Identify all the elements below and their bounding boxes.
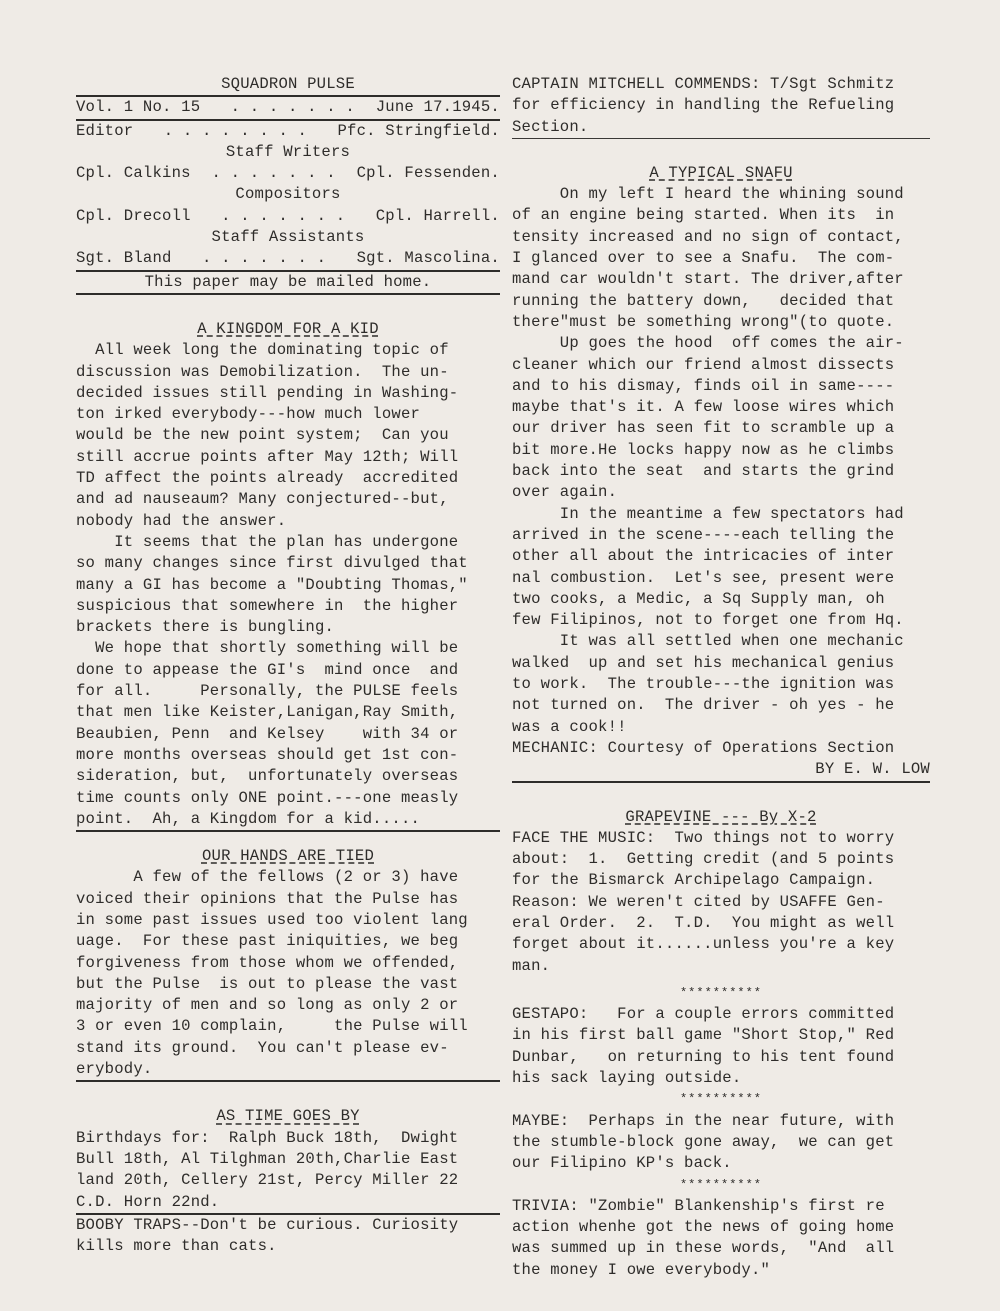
masthead: SQUADRON PULSE Vol. 1 No. 15 . . . . . .…	[76, 74, 500, 295]
staff-assistants-row: Sgt. Bland . . . . . . . Sgt. Mascolina.	[76, 248, 500, 269]
text-line: BOOBY TRAPS--Don't be curious. Curiosity	[76, 1215, 500, 1236]
leader-dots: . . . . . . .	[202, 163, 345, 184]
spacer	[76, 295, 500, 319]
text-line: the stumble-block gone away, we can get	[512, 1132, 930, 1153]
star-separator: **********	[512, 983, 930, 1004]
text-line: man.	[512, 956, 930, 977]
staff-writer: Cpl. Calkins	[76, 163, 191, 184]
volume-number: Vol. 1 No. 15	[76, 97, 200, 118]
text-line: in some past issues used too violent lan…	[76, 910, 500, 931]
compositors-row: Cpl. Drecoll . . . . . . . Cpl. Harrell.	[76, 206, 500, 227]
text-line: forget about it......unless you're a key	[512, 934, 930, 955]
text-line: forgiveness from those whom we offended,	[76, 953, 500, 974]
text-line: Reason: We weren't cited by USAFFE Gen-	[512, 892, 930, 913]
text-line: I glanced over to see a Snafu. The com-	[512, 248, 930, 269]
text-line: walked up and set his mechanical genius	[512, 653, 930, 674]
text-line: uage. For these past iniquities, we beg	[76, 931, 500, 952]
article-title: A TYPICAL SNAFU	[649, 164, 792, 182]
spacer	[76, 832, 500, 846]
commends-note: CAPTAIN MITCHELL COMMENDS: T/Sgt Schmitz…	[512, 74, 930, 138]
article-title: GRAPEVINE --- By X-2	[625, 808, 816, 826]
text-line: Birthdays for: Ralph Buck 18th, Dwight	[76, 1128, 500, 1149]
text-line: there"must be something wrong"(to quote.	[512, 312, 930, 333]
leader-dots: . . . . . . .	[192, 248, 335, 269]
staff-assistant: Sgt. Mascolina.	[357, 248, 500, 269]
text-line: was summed up in these words, "And all	[512, 1238, 930, 1259]
text-line: A few of the fellows (2 or 3) have	[76, 867, 500, 888]
grapevine-item: MAYBE: Perhaps in the near future, witht…	[512, 1111, 930, 1175]
text-line: sideration, but, unfortunately overseas	[76, 766, 500, 787]
text-line: tensity increased and no sign of contact…	[512, 227, 930, 248]
text-line: decided issues still pending in Washing-	[76, 383, 500, 404]
text-line: for the Bismarck Archipelago Campaign.	[512, 870, 930, 891]
article-title: AS TIME GOES BY	[216, 1107, 359, 1125]
leader-dots: . . . . . . . .	[154, 121, 316, 142]
left-column: SQUADRON PULSE Vol. 1 No. 15 . . . . . .…	[76, 74, 500, 1257]
text-line: nal combustion. Let's see, present were	[512, 568, 930, 589]
article-kingdom: A KINGDOM FOR A KID All week long the do…	[76, 319, 500, 830]
right-column: CAPTAIN MITCHELL COMMENDS: T/Sgt Schmitz…	[512, 74, 930, 1281]
text-line: MECHANIC: Courtesy of Operations Section	[512, 738, 930, 759]
text-line: Beaubien, Penn and Kelsey with 34 or	[76, 724, 500, 745]
grapevine-item: TRIVIA: "Zombie" Blankenship's first rea…	[512, 1196, 930, 1281]
editor-name: Pfc. Stringfield.	[338, 121, 500, 142]
text-line: MAYBE: Perhaps in the near future, with	[512, 1111, 930, 1132]
text-line: not turned on. The driver - oh yes - he	[512, 695, 930, 716]
text-line: in his first ball game "Short Stop," Red	[512, 1025, 930, 1046]
text-line: and to his dismay, finds oil in same----	[512, 376, 930, 397]
text-line: bit more.He locks happy now as he climbs	[512, 440, 930, 461]
text-line: and ad nauseaum? Many conjectured--but,	[76, 489, 500, 510]
text-line: but the Pulse is out to please the vast	[76, 974, 500, 995]
booby-traps-note: BOOBY TRAPS--Don't be curious. Curiosity…	[76, 1215, 500, 1258]
text-line: of an engine being started. When its in	[512, 205, 930, 226]
text-line: All week long the dominating topic of	[76, 340, 500, 361]
article-title: OUR HANDS ARE TIED	[202, 847, 374, 865]
compositors-heading: Compositors	[76, 184, 500, 205]
article-body: All week long the dominating topic ofdis…	[76, 340, 500, 830]
text-line: C.D. Horn 22nd.	[76, 1192, 500, 1213]
text-line: two cooks, a Medic, a Sq Supply man, oh	[512, 589, 930, 610]
text-line: running the battery down, decided that	[512, 291, 930, 312]
compositor: Cpl. Drecoll	[76, 206, 191, 227]
text-line: It seems that the plan has undergone	[76, 532, 500, 553]
text-line: to work. The trouble---the ignition was	[512, 674, 930, 695]
star-separator: **********	[512, 1089, 930, 1110]
text-line: land 20th, Cellery 21st, Percy Miller 22	[76, 1170, 500, 1191]
text-line: was a cook!!	[512, 717, 930, 738]
text-line: point. Ah, a Kingdom for a kid.....	[76, 809, 500, 830]
star-separator: **********	[512, 1175, 930, 1196]
volume-row: Vol. 1 No. 15 . . . . . . .June 17.1945.	[76, 97, 500, 118]
text-line: time counts only ONE point.---one measly	[76, 788, 500, 809]
text-line: other all about the intricacies of inter	[512, 546, 930, 567]
leader-dots: . . . . . . .	[221, 97, 355, 118]
article-hands-tied: OUR HANDS ARE TIED A few of the fellows …	[76, 846, 500, 1080]
text-line: arrived in the scene----each telling the	[512, 525, 930, 546]
text-line: maybe that's it. A few loose wires which	[512, 397, 930, 418]
text-line: GESTAPO: For a couple errors committed	[512, 1004, 930, 1025]
text-line: FACE THE MUSIC: Two things not to worry	[512, 828, 930, 849]
spacer	[76, 1082, 500, 1106]
newsletter-title: SQUADRON PULSE	[76, 74, 500, 95]
text-line: stand its ground. You can't please ev-	[76, 1038, 500, 1059]
text-line: suspicious that somewhere in the higher	[76, 596, 500, 617]
text-line: brackets there is bungling.	[76, 617, 500, 638]
text-line: about: 1. Getting credit (and 5 points	[512, 849, 930, 870]
text-line: ton irked everybody---how much lower	[76, 404, 500, 425]
text-line: It was all settled when one mechanic	[512, 631, 930, 652]
compositor: Cpl. Harrell.	[376, 206, 500, 227]
text-line: that men like Keister,Lanigan,Ray Smith,	[76, 702, 500, 723]
text-line: cleaner which our friend almost dissects	[512, 355, 930, 376]
text-line: On my left I heard the whining sound	[512, 184, 930, 205]
text-line: back into the seat and starts the grind	[512, 461, 930, 482]
text-line: for efficiency in handling the Refueling	[512, 95, 930, 116]
text-line: more months overseas should get 1st con-	[76, 745, 500, 766]
article-snafu: A TYPICAL SNAFU On my left I heard the w…	[512, 163, 930, 781]
grapevine-item: FACE THE MUSIC: Two things not to worrya…	[512, 828, 930, 977]
text-line: few Filipinos, not to forget one from Hq…	[512, 610, 930, 631]
text-line: CAPTAIN MITCHELL COMMENDS: T/Sgt Schmitz	[512, 74, 930, 95]
grapevine-item: GESTAPO: For a couple errors committedin…	[512, 1004, 930, 1089]
text-line: discussion was Demobilization. The un-	[76, 362, 500, 383]
text-line: done to appease the GI's mind once and	[76, 660, 500, 681]
staff-writers-row: Cpl. Calkins . . . . . . . Cpl. Fessende…	[76, 163, 500, 184]
text-line: over again.	[512, 482, 930, 503]
text-line: majority of men and so long as only 2 or	[76, 995, 500, 1016]
text-line: kills more than cats.	[76, 1236, 500, 1257]
text-line: erybody.	[76, 1059, 500, 1080]
text-line: so many changes since first divulged tha…	[76, 553, 500, 574]
text-line: would be the new point system; Can you	[76, 425, 500, 446]
article-body: FACE THE MUSIC: Two things not to worrya…	[512, 828, 930, 1281]
editor-row: Editor . . . . . . . . Pfc. Stringfield.	[76, 121, 500, 142]
text-line: In the meantime a few spectators had	[512, 504, 930, 525]
text-line: many a GI has become a "Doubting Thomas,…	[76, 575, 500, 596]
staff-writers-heading: Staff Writers	[76, 142, 500, 163]
spacer	[512, 139, 930, 163]
article-body: A few of the fellows (2 or 3) havevoiced…	[76, 867, 500, 1080]
byline: BY E. W. LOW	[512, 759, 930, 780]
text-line: our Filipino KP's back.	[512, 1153, 930, 1174]
issue-date: June 17.1945.	[376, 97, 500, 118]
staff-writer: Cpl. Fessenden.	[357, 163, 500, 184]
text-line: his sack laying outside.	[512, 1068, 930, 1089]
text-line: still accrue points after May 12th; Will	[76, 447, 500, 468]
article-title: A KINGDOM FOR A KID	[197, 320, 379, 338]
text-line: mand car wouldn't start. The driver,afte…	[512, 269, 930, 290]
text-line: action whenhe got the news of going home	[512, 1217, 930, 1238]
leader-dots: . . . . . . .	[212, 206, 355, 227]
text-line: the money I owe everybody."	[512, 1260, 930, 1281]
spacer	[512, 783, 930, 807]
text-line: Dunbar, on returning to his tent found	[512, 1047, 930, 1068]
text-line: We hope that shortly something will be	[76, 638, 500, 659]
mail-note: This paper may be mailed home.	[76, 272, 500, 293]
text-line: Section.	[512, 117, 930, 138]
text-line: TD affect the points already accredited	[76, 468, 500, 489]
text-line: nobody had the answer.	[76, 511, 500, 532]
article-time-goes-by: AS TIME GOES BY Birthdays for: Ralph Buc…	[76, 1106, 500, 1212]
text-line: voiced their opinions that the Pulse has	[76, 889, 500, 910]
text-line: for all. Personally, the PULSE feels	[76, 681, 500, 702]
text-line: 3 or even 10 complain, the Pulse will	[76, 1016, 500, 1037]
text-line: our driver has seen fit to scramble up a	[512, 418, 930, 439]
text-line: TRIVIA: "Zombie" Blankenship's first re	[512, 1196, 930, 1217]
staff-assistant: Sgt. Bland	[76, 248, 172, 269]
article-body: Birthdays for: Ralph Buck 18th, DwightBu…	[76, 1128, 500, 1213]
text-line: eral Order. 2. T.D. You might as well	[512, 913, 930, 934]
staff-assistants-heading: Staff Assistants	[76, 227, 500, 248]
text-line: Bull 18th, Al Tilghman 20th,Charlie East	[76, 1149, 500, 1170]
article-body: On my left I heard the whining soundof a…	[512, 184, 930, 759]
article-grapevine: GRAPEVINE --- By X-2 FACE THE MUSIC: Two…	[512, 807, 930, 1282]
text-line: Up goes the hood off comes the air-	[512, 333, 930, 354]
editor-label: Editor	[76, 121, 133, 142]
